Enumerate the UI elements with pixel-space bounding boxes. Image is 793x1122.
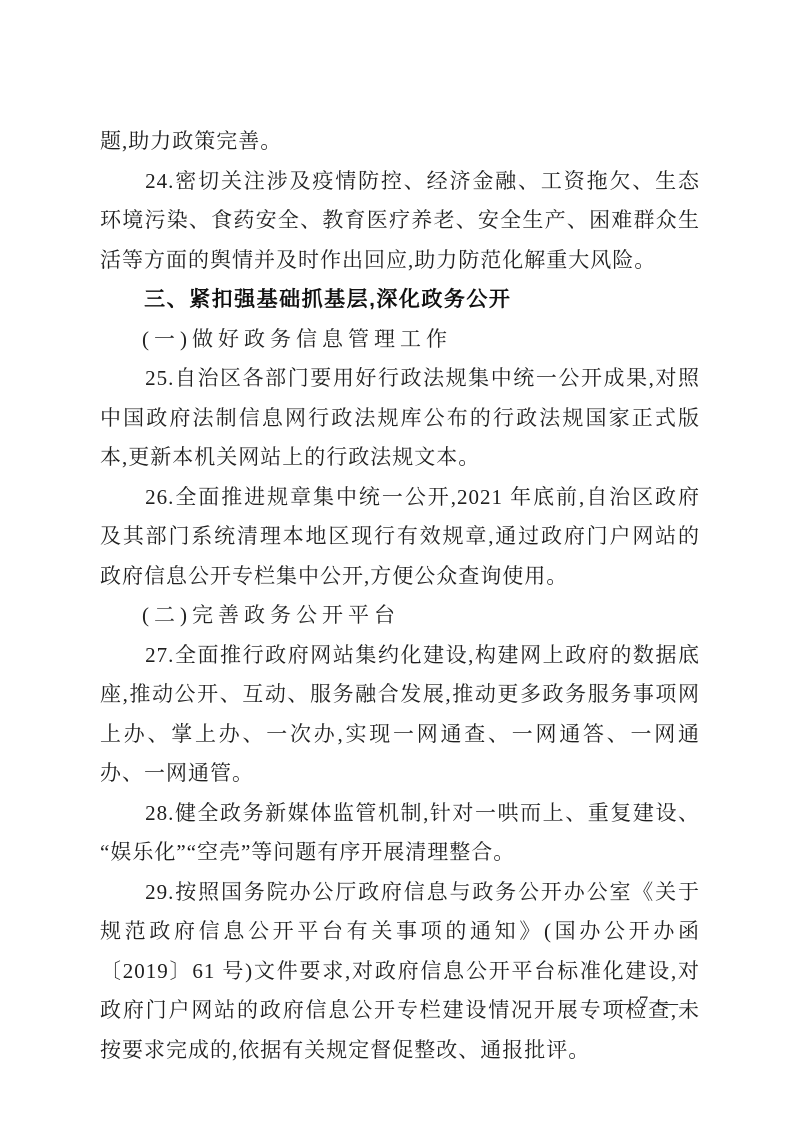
paragraph-item-29: 29.按照国务院办公厅政府信息与政务公开办公室《关于规范政府信息公开平台有关事项… — [100, 873, 700, 1071]
paragraph-item-25: 25.自治区各部门要用好行政法规集中统一公开成果,对照中国政府法制信息网行政法规… — [100, 359, 700, 478]
paragraph-item-26: 26.全面推进规章集中统一公开,2021 年底前,自治区政府及其部门系统清理本地… — [100, 478, 700, 597]
subsection-heading-2: (二)完善政务公开平台 — [100, 596, 700, 636]
page-number: — 7 — — [609, 993, 681, 1015]
paragraph-continuation: 题,助力政策完善。 — [100, 122, 700, 162]
paragraph-item-28: 28.健全政务新媒体监管机制,针对一哄而上、重复建设、“娱乐化”“空壳”等问题有… — [100, 794, 700, 873]
paragraph-item-24: 24.密切关注涉及疫情防控、经济金融、工资拖欠、生态环境污染、食药安全、教育医疗… — [100, 162, 700, 281]
section-heading-3: 三、紧扣强基础抓基层,深化政务公开 — [100, 280, 700, 320]
document-page: 题,助力政策完善。 24.密切关注涉及疫情防控、经济金融、工资拖欠、生态环境污染… — [0, 0, 793, 1122]
document-content: 题,助力政策完善。 24.密切关注涉及疫情防控、经济金融、工资拖欠、生态环境污染… — [100, 122, 700, 1070]
paragraph-item-27: 27.全面推行政府网站集约化建设,构建网上政府的数据底座,推动公开、互动、服务融… — [100, 636, 700, 794]
subsection-heading-1: (一)做好政务信息管理工作 — [100, 320, 700, 360]
